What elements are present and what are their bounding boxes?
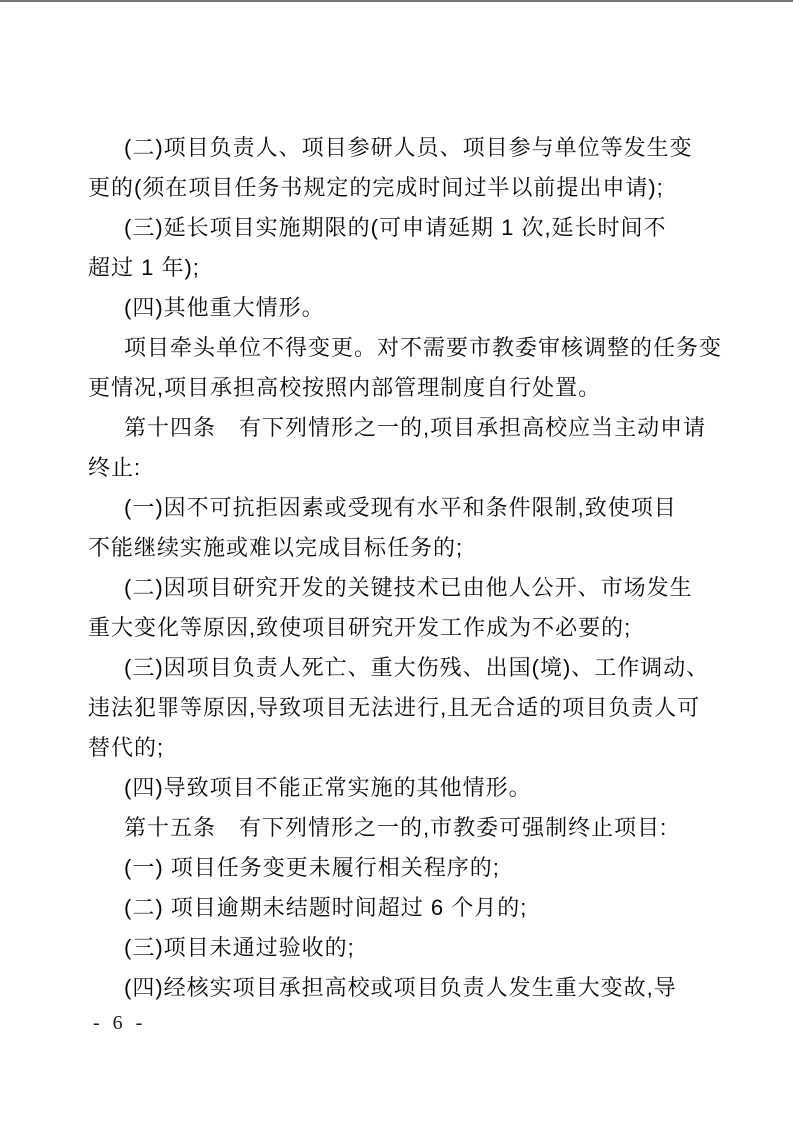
text-line: (一)因不可抗拒因素或受现有水平和条件限制,致使项目 xyxy=(88,488,720,528)
scan-edge-artifact xyxy=(0,0,793,2)
document-body: (二)项目负责人、项目参研人员、项目参与单位等发生变更的(须在项目任务书规定的完… xyxy=(88,128,720,1008)
text-line: (四)经核实项目承担高校或项目负责人发生重大变故,导 xyxy=(88,968,720,1008)
text-line: (二)因项目研究开发的关键技术已由他人公开、市场发生 xyxy=(88,568,720,608)
text-line: 重大变化等原因,致使项目研究开发工作成为不必要的; xyxy=(88,608,720,648)
text-line: (三)延长项目实施期限的(可申请延期 1 次,延长时间不 xyxy=(88,208,720,248)
text-line: (二) 项目逾期未结题时间超过 6 个月的; xyxy=(88,888,720,928)
text-line: 更情况,项目承担高校按照内部管理制度自行处置。 xyxy=(88,368,720,408)
text-line: 超过 1 年); xyxy=(88,248,720,288)
text-line: 第十五条 有下列情形之一的,市教委可强制终止项目: xyxy=(88,808,720,848)
text-line: 违法犯罪等原因,导致项目无法进行,且无合适的项目负责人可 xyxy=(88,688,720,728)
text-line: (四)导致项目不能正常实施的其他情形。 xyxy=(88,768,720,808)
document-lines: (二)项目负责人、项目参研人员、项目参与单位等发生变更的(须在项目任务书规定的完… xyxy=(88,128,720,1008)
page-number: - 6 - xyxy=(93,1012,146,1035)
text-line: 不能继续实施或难以完成目标任务的; xyxy=(88,528,720,568)
text-line: 更的(须在项目任务书规定的完成时间过半以前提出申请); xyxy=(88,168,720,208)
text-line: 第十四条 有下列情形之一的,项目承担高校应当主动申请 xyxy=(88,408,720,448)
document-page: (二)项目负责人、项目参研人员、项目参与单位等发生变更的(须在项目任务书规定的完… xyxy=(0,0,793,1122)
text-line: (二)项目负责人、项目参研人员、项目参与单位等发生变 xyxy=(88,128,720,168)
text-line: (三)项目未通过验收的; xyxy=(88,928,720,968)
text-line: (一) 项目任务变更未履行相关程序的; xyxy=(88,848,720,888)
text-line: 替代的; xyxy=(88,728,720,768)
text-line: (四)其他重大情形。 xyxy=(88,288,720,328)
text-line: (三)因项目负责人死亡、重大伤残、出国(境)、工作调动、 xyxy=(88,648,720,688)
text-line: 项目牵头单位不得变更。对不需要市教委审核调整的任务变 xyxy=(88,328,720,368)
text-line: 终止: xyxy=(88,448,720,488)
